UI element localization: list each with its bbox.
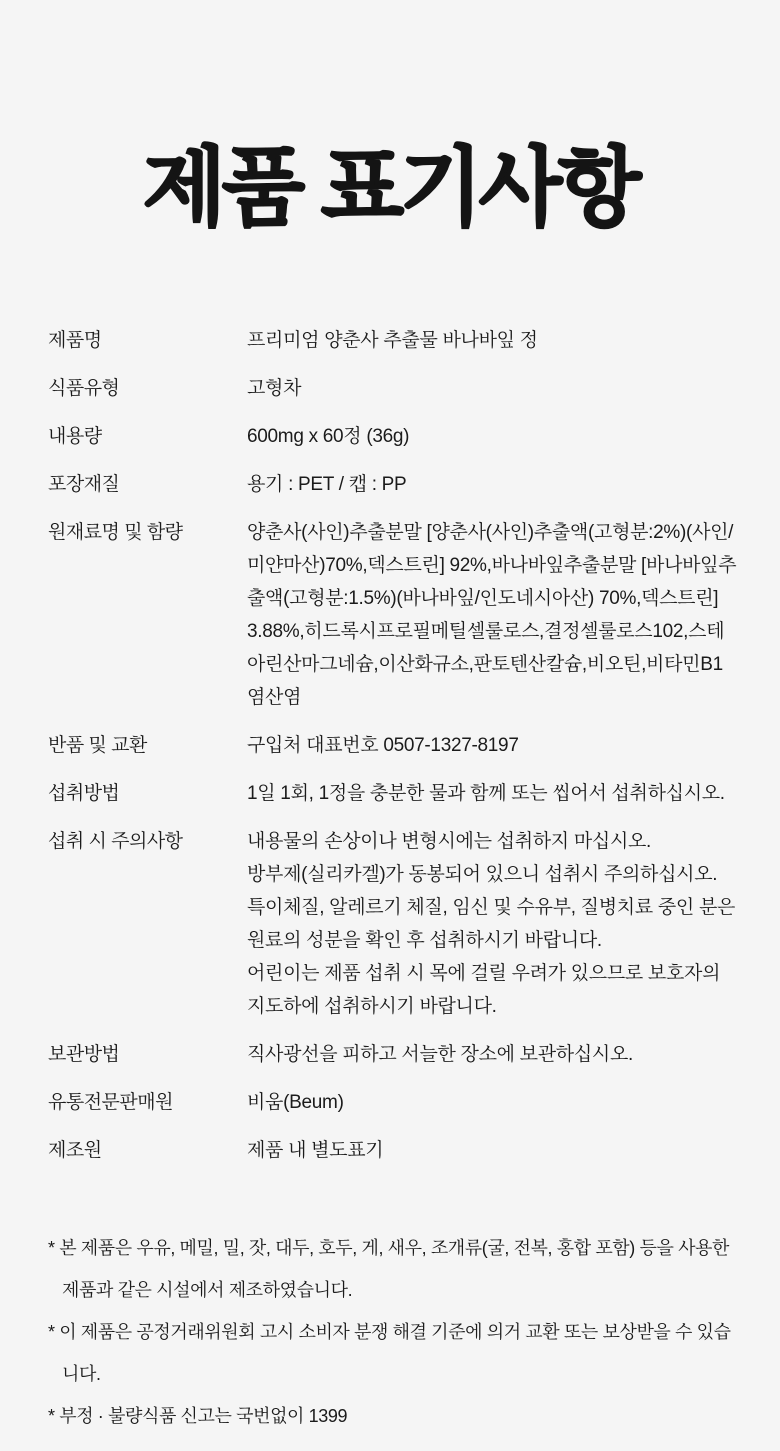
footnote-report-hotline: * 부정 · 불량식품 신고는 국번없이 1399 — [48, 1395, 745, 1437]
field-value-product-name: 프리미엄 양춘사 추출물 바나바잎 정 — [247, 324, 737, 357]
field-value-intake-precautions: 내용물의 손상이나 변형시에는 섭취하지 마십시오. 방부제(실리카겔)가 동봉… — [247, 825, 737, 1023]
footnote-allergen-notice: * 본 제품은 우유, 메밀, 밀, 잣, 대두, 호두, 게, 새우, 조개류… — [48, 1227, 745, 1311]
page-title: 제품 표기사항 — [0, 138, 780, 238]
field-value-return-exchange: 구입처 대표번호 0507-1327-8197 — [247, 729, 737, 762]
product-info-table: 제품명 프리미엄 양춘사 추출물 바나바잎 정 식품유형 고형차 내용량 600… — [48, 324, 737, 1167]
field-label-intake-method: 섭취방법 — [48, 777, 247, 810]
field-value-storage-method: 직사광선을 피하고 서늘한 장소에 보관하십시오. — [247, 1038, 737, 1071]
field-label-packaging-material: 포장재질 — [48, 468, 247, 501]
field-label-manufacturer: 제조원 — [48, 1134, 247, 1167]
field-value-packaging-material: 용기 : PET / 캡 : PP — [247, 468, 737, 501]
field-label-intake-precautions: 섭취 시 주의사항 — [48, 825, 247, 1023]
field-label-storage-method: 보관방법 — [48, 1038, 247, 1071]
field-value-intake-method: 1일 1회, 1정을 충분한 물과 함께 또는 씹어서 섭취하십시오. — [247, 777, 737, 810]
field-label-return-exchange: 반품 및 교환 — [48, 729, 247, 762]
field-label-net-content: 내용량 — [48, 420, 247, 453]
field-value-food-type: 고형차 — [247, 372, 737, 405]
field-label-ingredients: 원재료명 및 함량 — [48, 516, 247, 714]
footnotes-section: * 본 제품은 우유, 메밀, 밀, 잣, 대두, 호두, 게, 새우, 조개류… — [48, 1227, 745, 1437]
field-value-ingredients: 양춘사(사인)추출분말 [양춘사(사인)추출액(고형분:2%)(사인/미얀마산)… — [247, 516, 737, 714]
field-label-distributor: 유통전문판매원 — [48, 1086, 247, 1119]
field-value-net-content: 600mg x 60정 (36g) — [247, 420, 737, 453]
field-label-food-type: 식품유형 — [48, 372, 247, 405]
field-value-distributor: 비움(Beum) — [247, 1086, 737, 1119]
field-label-product-name: 제품명 — [48, 324, 247, 357]
field-value-manufacturer: 제품 내 별도표기 — [247, 1134, 737, 1167]
footnote-consumer-dispute-notice: * 이 제품은 공정거래위원회 고시 소비자 분쟁 해결 기준에 의거 교환 또… — [48, 1311, 745, 1395]
